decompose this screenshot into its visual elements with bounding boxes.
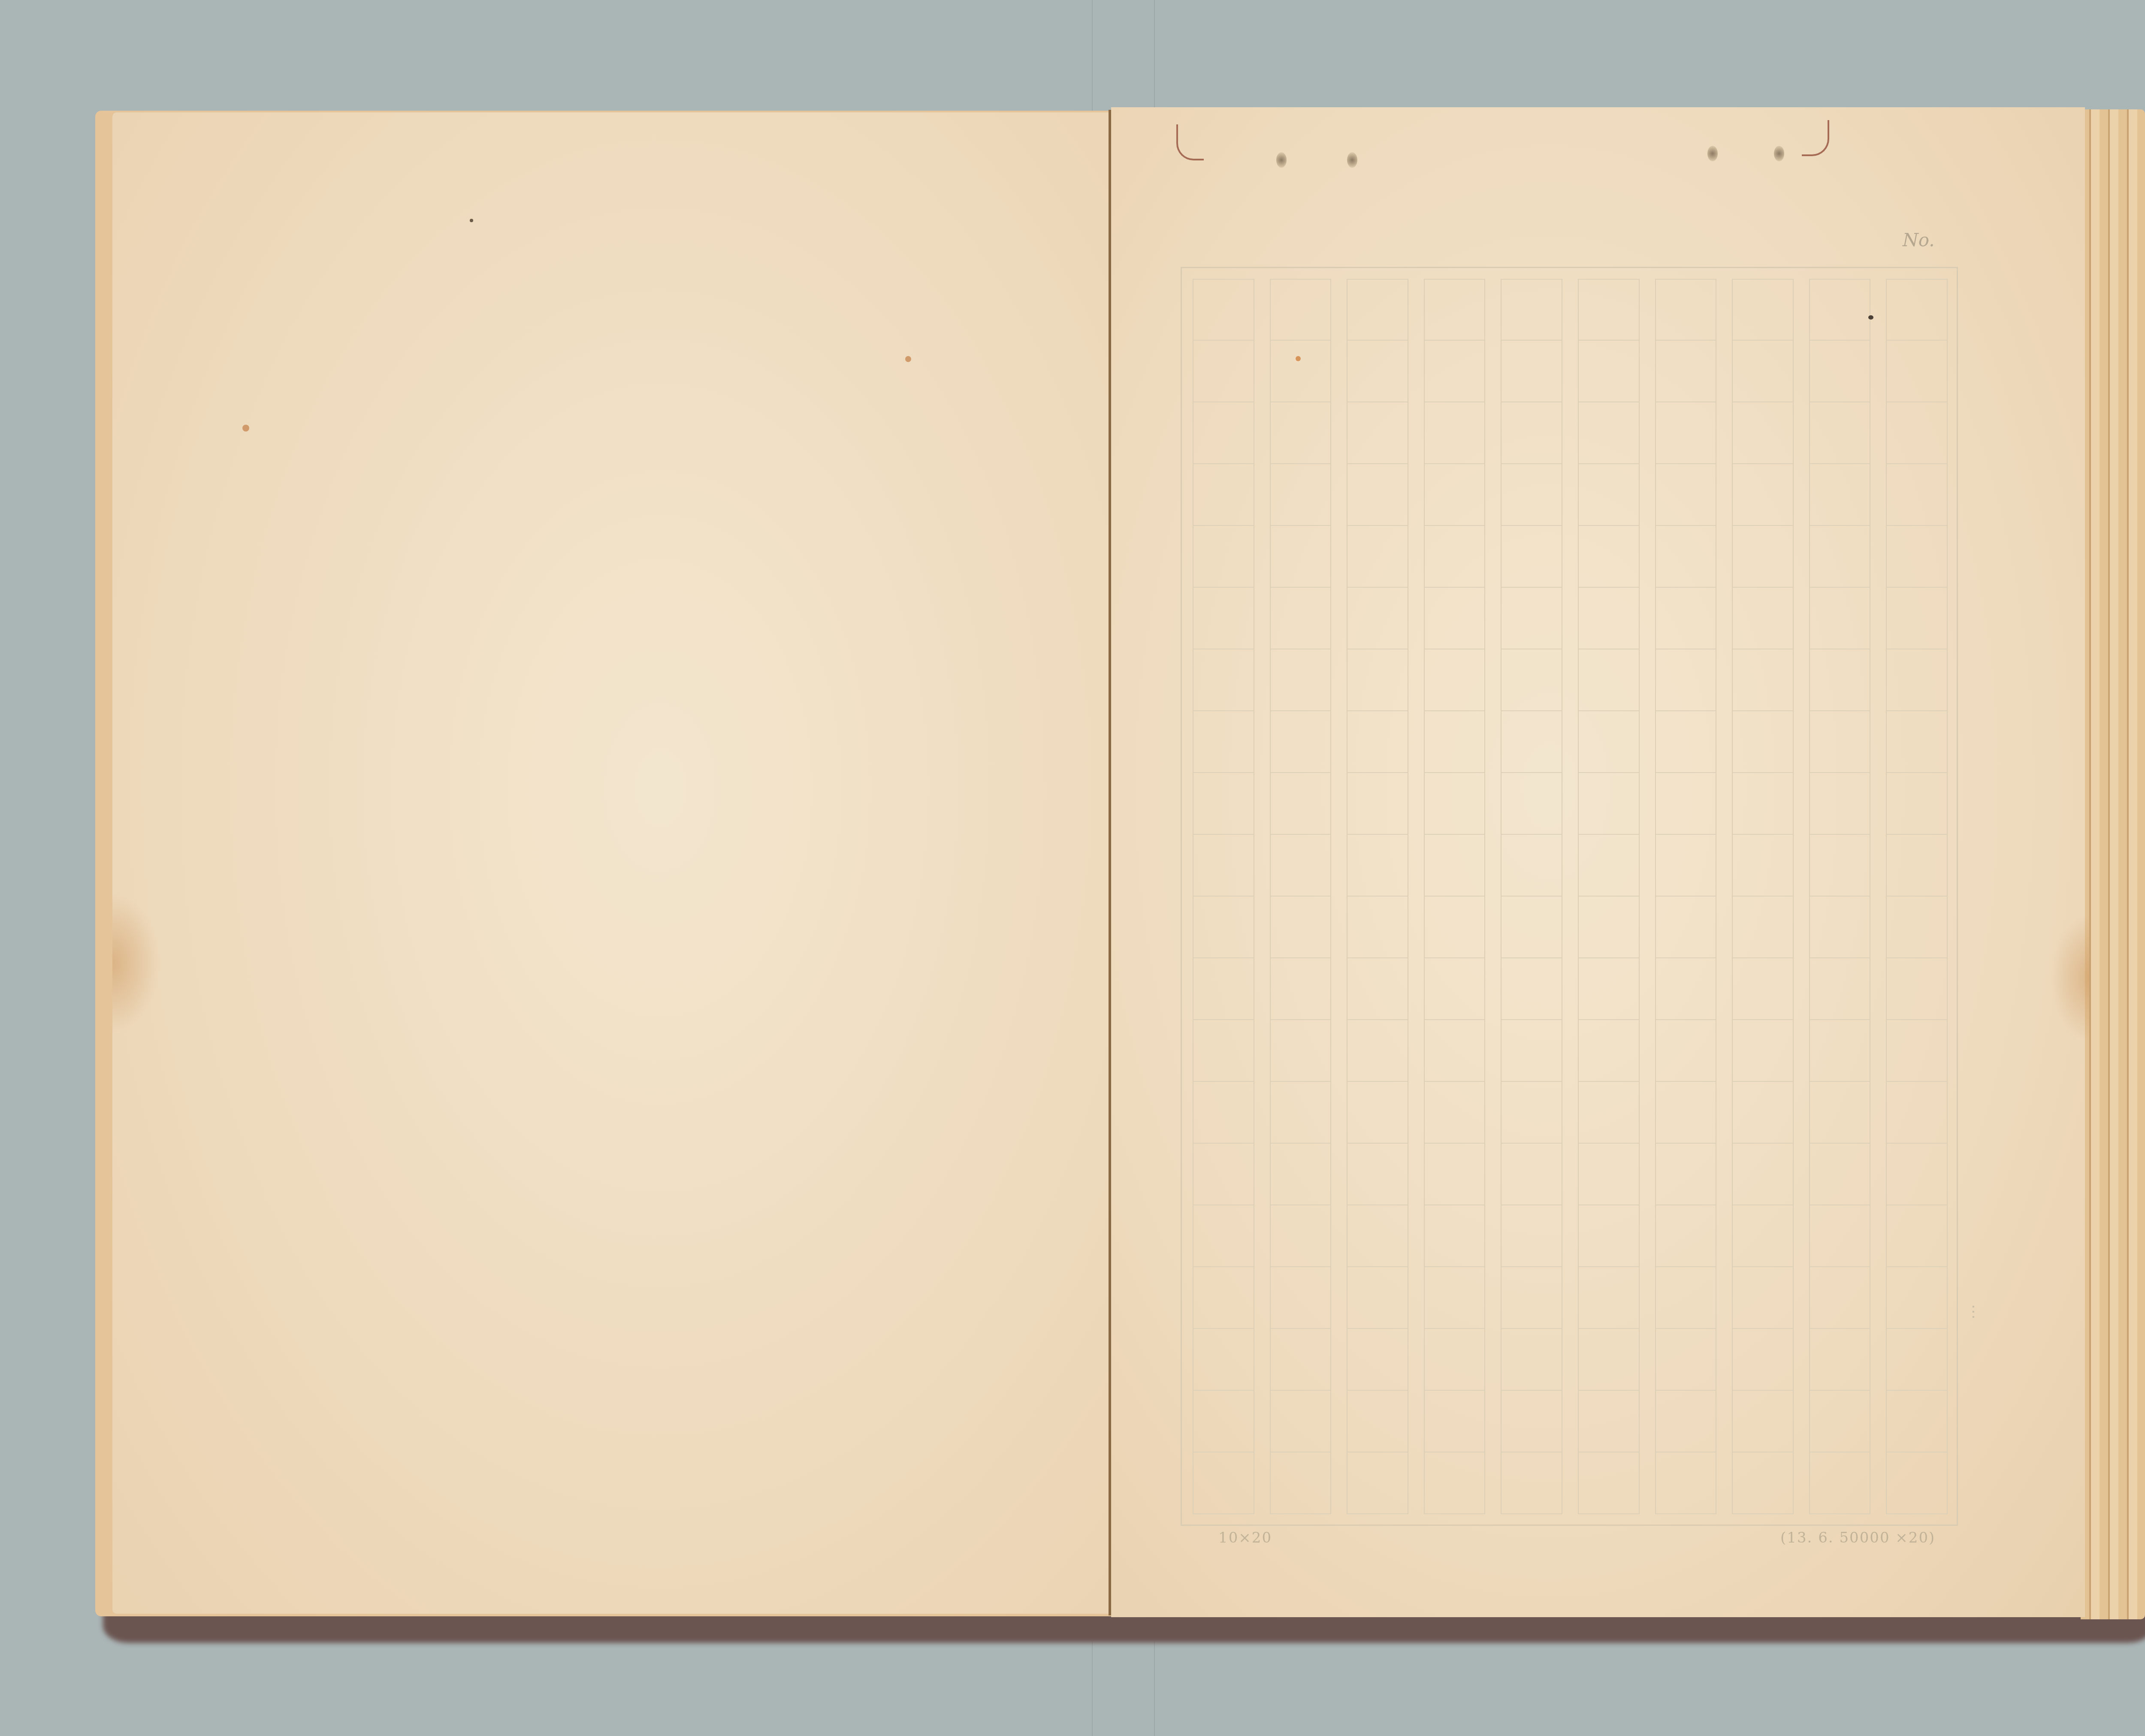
grid-size-label: 10×20 bbox=[1218, 1529, 1272, 1546]
grid-cell bbox=[1347, 1205, 1408, 1267]
grid-cell bbox=[1271, 464, 1331, 526]
grid-cell bbox=[1733, 1452, 1793, 1514]
grid-cell bbox=[1501, 897, 1562, 958]
grid-cell bbox=[1656, 773, 1716, 835]
grid-cell bbox=[1656, 1205, 1716, 1267]
binding-hole bbox=[1774, 146, 1784, 161]
grid-cell bbox=[1271, 1082, 1331, 1144]
grid-column bbox=[1501, 279, 1562, 1514]
grid-cell bbox=[1271, 897, 1331, 958]
grid-cell bbox=[1271, 1391, 1331, 1452]
grid-cell bbox=[1733, 773, 1793, 835]
grid-cell bbox=[1271, 526, 1331, 588]
grid-cell bbox=[1656, 1391, 1716, 1452]
grid-cell bbox=[1579, 402, 1639, 464]
grid-cell bbox=[1810, 1267, 1870, 1329]
grid-cell bbox=[1810, 958, 1870, 1020]
grid-cell bbox=[1193, 1144, 1254, 1205]
grid-cell bbox=[1579, 711, 1639, 773]
grid-cell bbox=[1733, 1205, 1793, 1267]
grid-cell bbox=[1887, 835, 1947, 897]
grid-cell bbox=[1810, 1144, 1870, 1205]
grid-cell bbox=[1810, 835, 1870, 897]
grid-cell bbox=[1656, 1452, 1716, 1514]
water-stain bbox=[112, 892, 160, 1034]
grid-cell bbox=[1656, 711, 1716, 773]
grid-cell bbox=[1425, 897, 1485, 958]
grid-cell bbox=[1733, 588, 1793, 649]
grid-cell bbox=[1347, 279, 1408, 341]
grid-column bbox=[1347, 279, 1408, 1514]
grid-cell bbox=[1193, 958, 1254, 1020]
grid-cell bbox=[1193, 1391, 1254, 1452]
grid-cell bbox=[1193, 649, 1254, 711]
grid-cell bbox=[1271, 1267, 1331, 1329]
grid-cell bbox=[1347, 1020, 1408, 1082]
grid-cell bbox=[1347, 526, 1408, 588]
grid-cell bbox=[1887, 1391, 1947, 1452]
grid-cell bbox=[1347, 773, 1408, 835]
grid-cell bbox=[1347, 464, 1408, 526]
grid-cell bbox=[1501, 1391, 1562, 1452]
grid-cell bbox=[1193, 1452, 1254, 1514]
grid-cell bbox=[1579, 1329, 1639, 1391]
grid-cell bbox=[1347, 1144, 1408, 1205]
grid-cell bbox=[1579, 773, 1639, 835]
grid-cell bbox=[1810, 711, 1870, 773]
grid-cell bbox=[1347, 341, 1408, 402]
book-spine bbox=[1109, 110, 1111, 1615]
grid-cell bbox=[1579, 958, 1639, 1020]
grid-cell bbox=[1193, 1082, 1254, 1144]
print-info-label: (13. 6. 50000 ×20) bbox=[1780, 1529, 1935, 1546]
grid-cell bbox=[1193, 773, 1254, 835]
grid-cell bbox=[1271, 1144, 1331, 1205]
binding-hole bbox=[1707, 146, 1718, 161]
grid-cell bbox=[1733, 649, 1793, 711]
grid-cell bbox=[1810, 1329, 1870, 1391]
grid-cell bbox=[1733, 835, 1793, 897]
grid-cell bbox=[1501, 1020, 1562, 1082]
grid-cell bbox=[1887, 1329, 1947, 1391]
grid-cell bbox=[1271, 402, 1331, 464]
grid-cell bbox=[1656, 1267, 1716, 1329]
grid-column bbox=[1193, 279, 1254, 1514]
grid-cell bbox=[1501, 341, 1562, 402]
grid-cell bbox=[1193, 464, 1254, 526]
grid-cell bbox=[1501, 588, 1562, 649]
grid-cell bbox=[1733, 897, 1793, 958]
grid-cell bbox=[1887, 711, 1947, 773]
grid-cell bbox=[1810, 341, 1870, 402]
grid-cell bbox=[1347, 1329, 1408, 1391]
grid-cell bbox=[1887, 1205, 1947, 1267]
foxing-spot bbox=[905, 356, 911, 362]
grid-column bbox=[1809, 279, 1871, 1514]
grid-cell bbox=[1810, 1205, 1870, 1267]
grid-cell bbox=[1425, 588, 1485, 649]
foxing-spot bbox=[470, 219, 473, 222]
grid-cell bbox=[1579, 649, 1639, 711]
grid-cell bbox=[1810, 1391, 1870, 1452]
grid-cell bbox=[1501, 1082, 1562, 1144]
grid-cell bbox=[1810, 464, 1870, 526]
grid-cell bbox=[1347, 402, 1408, 464]
grid-cell bbox=[1425, 1267, 1485, 1329]
grid-cell bbox=[1579, 1452, 1639, 1514]
grid-cell bbox=[1579, 279, 1639, 341]
grid-cell bbox=[1347, 958, 1408, 1020]
grid-cell bbox=[1425, 1144, 1485, 1205]
grid-cell bbox=[1425, 1329, 1485, 1391]
grid-cell bbox=[1347, 1267, 1408, 1329]
grid-cell bbox=[1887, 341, 1947, 402]
grid-cell bbox=[1579, 1082, 1639, 1144]
grid-cell bbox=[1887, 897, 1947, 958]
grid-cell bbox=[1733, 464, 1793, 526]
grid-cell bbox=[1271, 773, 1331, 835]
manuscript-grid bbox=[1193, 279, 1948, 1514]
grid-cell bbox=[1425, 279, 1485, 341]
grid-cell bbox=[1271, 341, 1331, 402]
grid-cell bbox=[1579, 1020, 1639, 1082]
grid-cell bbox=[1425, 464, 1485, 526]
grid-cell bbox=[1579, 1391, 1639, 1452]
grid-cell bbox=[1501, 835, 1562, 897]
grid-cell bbox=[1733, 711, 1793, 773]
grid-cell bbox=[1501, 711, 1562, 773]
grid-cell bbox=[1733, 402, 1793, 464]
grid-cell bbox=[1810, 649, 1870, 711]
grid-cell bbox=[1887, 526, 1947, 588]
grid-cell bbox=[1656, 897, 1716, 958]
grid-cell bbox=[1887, 588, 1947, 649]
grid-cell bbox=[1347, 588, 1408, 649]
grid-cell bbox=[1810, 526, 1870, 588]
grid-cell bbox=[1887, 1082, 1947, 1144]
grid-cell bbox=[1656, 1082, 1716, 1144]
grid-cell bbox=[1887, 1267, 1947, 1329]
grid-cell bbox=[1656, 1329, 1716, 1391]
water-stain bbox=[2051, 914, 2089, 1042]
grid-cell bbox=[1425, 1452, 1485, 1514]
grid-cell bbox=[1656, 1144, 1716, 1205]
grid-cell bbox=[1193, 1020, 1254, 1082]
grid-cell bbox=[1656, 402, 1716, 464]
grid-cell bbox=[1887, 1452, 1947, 1514]
side-vertical-text: … bbox=[1969, 1304, 1986, 1332]
grid-cell bbox=[1193, 897, 1254, 958]
grid-cell bbox=[1579, 526, 1639, 588]
grid-cell bbox=[1271, 1020, 1331, 1082]
grid-cell bbox=[1347, 897, 1408, 958]
page-number-label: No. bbox=[1903, 229, 1935, 251]
grid-cell bbox=[1193, 711, 1254, 773]
grid-cell bbox=[1579, 1205, 1639, 1267]
binding-hole bbox=[1347, 152, 1357, 168]
grid-cell bbox=[1425, 835, 1485, 897]
grid-cell bbox=[1887, 1144, 1947, 1205]
grid-cell bbox=[1810, 897, 1870, 958]
foxing-spot bbox=[242, 425, 249, 432]
grid-cell bbox=[1501, 1329, 1562, 1391]
grid-cell bbox=[1271, 279, 1331, 341]
grid-cell bbox=[1810, 773, 1870, 835]
grid-cell bbox=[1347, 649, 1408, 711]
grid-cell bbox=[1810, 1020, 1870, 1082]
grid-cell bbox=[1887, 958, 1947, 1020]
grid-cell bbox=[1810, 1082, 1870, 1144]
grid-cell bbox=[1887, 649, 1947, 711]
grid-cell bbox=[1887, 1020, 1947, 1082]
grid-cell bbox=[1425, 341, 1485, 402]
left-page bbox=[112, 112, 1109, 1614]
foxing-spot bbox=[1296, 356, 1301, 361]
grid-cell bbox=[1887, 279, 1947, 341]
grid-cell bbox=[1271, 588, 1331, 649]
grid-cell bbox=[1733, 1020, 1793, 1082]
binding-hole bbox=[1276, 152, 1287, 168]
grid-cell bbox=[1887, 464, 1947, 526]
grid-cell bbox=[1193, 279, 1254, 341]
grid-cell bbox=[1656, 835, 1716, 897]
grid-cell bbox=[1501, 464, 1562, 526]
grid-cell bbox=[1193, 526, 1254, 588]
grid-cell bbox=[1271, 711, 1331, 773]
grid-cell bbox=[1733, 1082, 1793, 1144]
grid-cell bbox=[1733, 526, 1793, 588]
grid-cell bbox=[1425, 649, 1485, 711]
grid-cell bbox=[1579, 835, 1639, 897]
grid-cell bbox=[1579, 588, 1639, 649]
grid-cell bbox=[1271, 1452, 1331, 1514]
grid-cell bbox=[1887, 773, 1947, 835]
grid-column bbox=[1732, 279, 1794, 1514]
grid-cell bbox=[1347, 1391, 1408, 1452]
grid-cell bbox=[1425, 711, 1485, 773]
grid-cell bbox=[1501, 1452, 1562, 1514]
grid-cell bbox=[1271, 1205, 1331, 1267]
grid-cell bbox=[1656, 588, 1716, 649]
grid-cell bbox=[1425, 526, 1485, 588]
grid-column bbox=[1886, 279, 1948, 1514]
grid-cell bbox=[1733, 279, 1793, 341]
grid-cell bbox=[1425, 1391, 1485, 1452]
grid-cell bbox=[1501, 649, 1562, 711]
grid-cell bbox=[1271, 958, 1331, 1020]
grid-cell bbox=[1193, 588, 1254, 649]
grid-column bbox=[1578, 279, 1640, 1514]
grid-cell bbox=[1347, 711, 1408, 773]
grid-cell bbox=[1425, 773, 1485, 835]
grid-column bbox=[1424, 279, 1486, 1514]
grid-cell bbox=[1656, 464, 1716, 526]
grid-cell bbox=[1271, 649, 1331, 711]
grid-cell bbox=[1656, 279, 1716, 341]
grid-cell bbox=[1193, 1205, 1254, 1267]
grid-cell bbox=[1656, 526, 1716, 588]
grid-cell bbox=[1501, 279, 1562, 341]
grid-cell bbox=[1193, 1267, 1254, 1329]
grid-cell bbox=[1501, 402, 1562, 464]
right-page-edges bbox=[2081, 109, 2145, 1619]
grid-cell bbox=[1501, 958, 1562, 1020]
grid-cell bbox=[1193, 835, 1254, 897]
grid-cell bbox=[1656, 958, 1716, 1020]
grid-cell bbox=[1733, 1267, 1793, 1329]
grid-cell bbox=[1887, 402, 1947, 464]
grid-cell bbox=[1810, 588, 1870, 649]
grid-cell bbox=[1579, 341, 1639, 402]
grid-cell bbox=[1656, 649, 1716, 711]
grid-cell bbox=[1347, 835, 1408, 897]
grid-cell bbox=[1501, 773, 1562, 835]
grid-column bbox=[1655, 279, 1717, 1514]
grid-cell bbox=[1656, 341, 1716, 402]
grid-cell bbox=[1271, 835, 1331, 897]
grid-cell bbox=[1656, 1020, 1716, 1082]
grid-cell bbox=[1425, 958, 1485, 1020]
grid-cell bbox=[1579, 897, 1639, 958]
grid-cell bbox=[1810, 279, 1870, 341]
grid-cell bbox=[1579, 1144, 1639, 1205]
grid-cell bbox=[1579, 464, 1639, 526]
grid-column bbox=[1270, 279, 1332, 1514]
grid-cell bbox=[1810, 402, 1870, 464]
grid-cell bbox=[1347, 1452, 1408, 1514]
grid-cell bbox=[1347, 1082, 1408, 1144]
grid-cell bbox=[1425, 1205, 1485, 1267]
grid-cell bbox=[1733, 1329, 1793, 1391]
grid-cell bbox=[1425, 1020, 1485, 1082]
grid-cell bbox=[1193, 402, 1254, 464]
foxing-spot bbox=[1868, 315, 1873, 320]
grid-cell bbox=[1501, 1144, 1562, 1205]
grid-cell bbox=[1733, 1391, 1793, 1452]
grid-cell bbox=[1425, 1082, 1485, 1144]
grid-cell bbox=[1501, 526, 1562, 588]
grid-cell bbox=[1579, 1267, 1639, 1329]
grid-cell bbox=[1193, 1329, 1254, 1391]
grid-cell bbox=[1733, 958, 1793, 1020]
grid-cell bbox=[1501, 1267, 1562, 1329]
grid-cell bbox=[1810, 1452, 1870, 1514]
grid-cell bbox=[1271, 1329, 1331, 1391]
grid-cell bbox=[1733, 341, 1793, 402]
grid-cell bbox=[1193, 341, 1254, 402]
grid-cell bbox=[1425, 402, 1485, 464]
grid-cell bbox=[1501, 1205, 1562, 1267]
grid-cell bbox=[1733, 1144, 1793, 1205]
